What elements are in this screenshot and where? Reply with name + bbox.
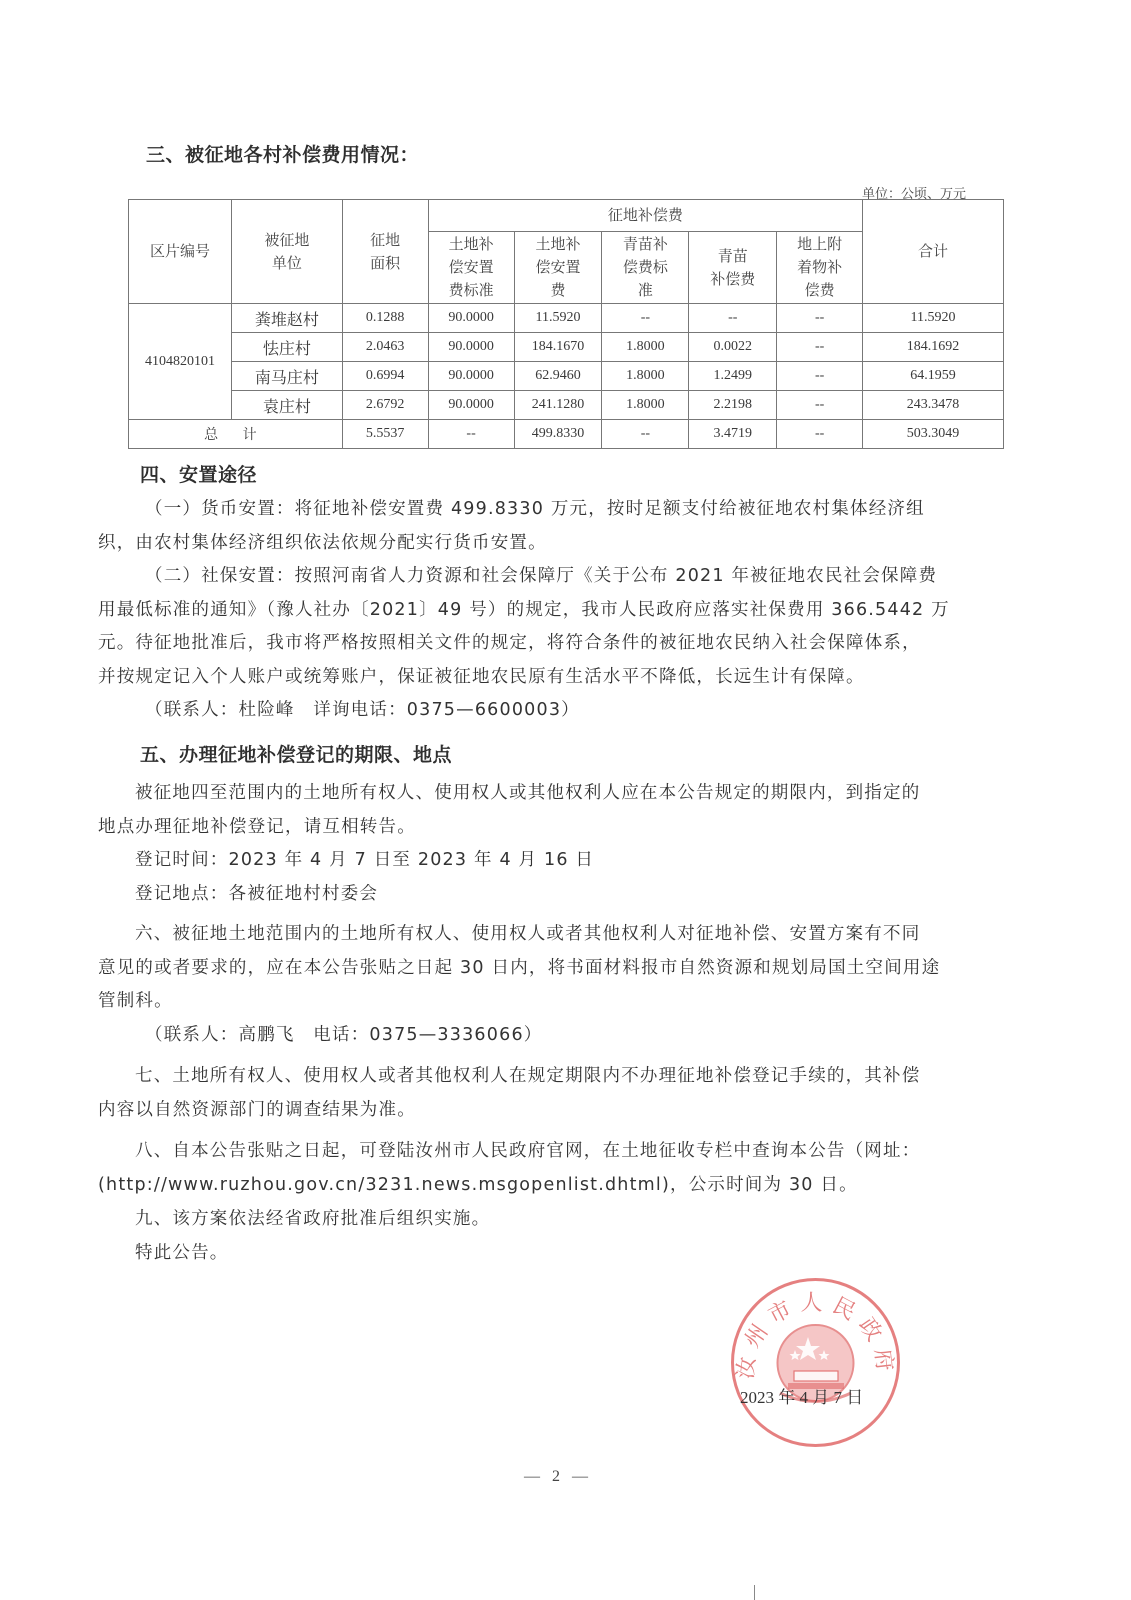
header-land-std: 土地补 偿安置 费标准: [428, 232, 514, 304]
header-crop-fee: 青苗 补偿费: [689, 232, 777, 304]
header-line: 青苗: [718, 247, 748, 265]
header-line: 地上附: [797, 235, 842, 253]
area-cell: 2.0463: [342, 333, 428, 362]
compensation-table: 区片编号 被征地 单位 征地 面积 征地补偿费 合计 土地补 偿安置 费标准 土…: [128, 199, 1004, 449]
text-line: 内容以自然资源部门的调查结果为准。: [98, 1094, 1011, 1128]
total-label: 总 计: [129, 420, 343, 449]
header-line: 偿费: [805, 281, 835, 299]
header-zone-id: 区片编号: [129, 200, 232, 304]
area-cell: 0.6994: [342, 362, 428, 391]
crop-std-cell: 1.8000: [602, 333, 689, 362]
text-line: 被征地四至范围内的土地所有权人、使用权人或其他权利人应在本公告规定的期限内，到指…: [135, 777, 1011, 811]
header-area-line: 面积: [370, 254, 400, 272]
total-cell: 243.3478: [863, 391, 1004, 420]
registration-place: 登记地点：各被征地村村委会: [135, 878, 1011, 912]
crop-std-cell: 1.8000: [602, 391, 689, 420]
area-cell: 0.1288: [342, 304, 428, 333]
land-std-cell: --: [428, 420, 514, 449]
header-area: 征地 面积: [342, 200, 428, 304]
land-fee-cell: 184.1670: [514, 333, 602, 362]
attach-fee-cell: --: [777, 304, 863, 333]
header-line: 准: [638, 281, 653, 299]
land-std-cell: 90.0000: [428, 304, 514, 333]
attach-fee-cell: --: [777, 420, 863, 449]
section-6-body: 六、被征地土地范围内的土地所有权人、使用权人或者其他权利人对征地补偿、安置方案有…: [135, 918, 1011, 1052]
text-line: 九、该方案依法经省政府批准后组织实施。: [135, 1203, 1011, 1237]
header-line: 补偿费: [710, 270, 755, 288]
section-3-heading: 三、被征地各村补偿费用情况：: [146, 140, 419, 167]
total-cell: 11.5920: [863, 304, 1004, 333]
village-cell: 袁庄村: [231, 391, 342, 420]
closing-line: 特此公告。: [135, 1237, 1011, 1271]
header-unit: 被征地 单位: [231, 200, 342, 304]
text-line: （一）货币安置：将征地补偿安置费 499.8330 万元，按时足额支付给被征地农…: [135, 493, 1011, 527]
official-seal-icon: 汝州市人民政府: [728, 1275, 903, 1450]
url-line: (http://www.ruzhou.gov.cn/3231.news.msgo…: [98, 1169, 1011, 1203]
text-line: 八、自本公告张贴之日起，可登陆汝州市人民政府官网，在土地征收专栏中查询本公告（网…: [135, 1135, 1011, 1169]
land-std-cell: 90.0000: [428, 333, 514, 362]
section-4-heading: 四、安置途径: [140, 460, 257, 487]
header-total: 合计: [863, 200, 1004, 304]
header-line: 费: [550, 281, 565, 299]
crop-fee-cell: --: [689, 304, 777, 333]
crop-std-cell: --: [602, 304, 689, 333]
header-line: 偿安置: [535, 258, 580, 276]
text-line: 七、土地所有权人、使用权人或者其他权利人在规定期限内不办理征地补偿登记手续的，其…: [135, 1060, 1011, 1094]
village-cell: 南马庄村: [231, 362, 342, 391]
header-line: 土地补: [535, 235, 580, 253]
text-line: 六、被征地土地范围内的土地所有权人、使用权人或者其他权利人对征地补偿、安置方案有…: [135, 918, 1011, 952]
section-9-body: 九、该方案依法经省政府批准后组织实施。 特此公告。: [135, 1203, 1011, 1270]
page-number: — 2 —: [524, 1468, 592, 1486]
header-compensation-group: 征地补偿费: [428, 200, 862, 232]
text-line: 意见的或者要求的，应在本公告张贴之日起 30 日内，将书面材料报市自然资源和规划…: [98, 952, 1011, 986]
header-attach-fee: 地上附 着物补 偿费: [777, 232, 863, 304]
crop-fee-cell: 1.2499: [689, 362, 777, 391]
table-row: 怯庄村 2.0463 90.0000 184.1670 1.8000 0.002…: [129, 333, 1004, 362]
land-fee-cell: 241.1280: [514, 391, 602, 420]
crop-fee-cell: 3.4719: [689, 420, 777, 449]
scan-mark: [754, 1585, 755, 1600]
section-8-body: 八、自本公告张贴之日起，可登陆汝州市人民政府官网，在土地征收专栏中查询本公告（网…: [135, 1135, 1011, 1202]
header-unit-line: 被征地: [264, 231, 309, 249]
text-line: 元。待征地批准后，我市将严格按照相关文件的规定，将符合条件的被征地农民纳入社会保…: [98, 627, 1011, 661]
section-4-body: （一）货币安置：将征地补偿安置费 499.8330 万元，按时足额支付给被征地农…: [135, 493, 1011, 728]
total-cell: 184.1692: [863, 333, 1004, 362]
header-line: 费标准: [449, 281, 494, 299]
crop-std-cell: 1.8000: [602, 362, 689, 391]
village-cell: 粪堆赵村: [231, 304, 342, 333]
attach-fee-cell: --: [777, 333, 863, 362]
document-page: 三、被征地各村补偿费用情况： 单位：公顷、万元 区片编号 被征地 单位 征地 面…: [0, 0, 1131, 1600]
header-area-line: 征地: [370, 231, 400, 249]
crop-fee-cell: 0.0022: [689, 333, 777, 362]
area-cell: 2.6792: [342, 391, 428, 420]
header-line: 偿费标: [623, 258, 668, 276]
attach-fee-cell: --: [777, 391, 863, 420]
section-5-heading: 五、办理征地补偿登记的期限、地点: [140, 740, 452, 767]
total-cell: 503.3049: [863, 420, 1004, 449]
text-line: 用最低标准的通知》（豫人社办〔2021〕49 号）的规定，我市人民政府应落实社保…: [98, 594, 1011, 628]
attach-fee-cell: --: [777, 362, 863, 391]
signature-date: 2023 年 4 月 7 日: [740, 1383, 863, 1408]
contact-line: （联系人：杜险峰 详询电话：0375—6600003）: [135, 694, 1011, 728]
text-line: 并按规定记入个人账户或统筹账户，保证被征地农民原有生活水平不降低，长远生计有保障…: [98, 661, 1011, 695]
text-line: 地点办理征地补偿登记，请互相转告。: [98, 811, 1011, 845]
village-cell: 怯庄村: [231, 333, 342, 362]
area-cell: 5.5537: [342, 420, 428, 449]
header-land-fee: 土地补 偿安置 费: [514, 232, 602, 304]
section-5-body: 被征地四至范围内的土地所有权人、使用权人或其他权利人应在本公告规定的期限内，到指…: [135, 777, 1011, 911]
crop-std-cell: --: [602, 420, 689, 449]
land-fee-cell: 499.8330: [514, 420, 602, 449]
land-fee-cell: 62.9460: [514, 362, 602, 391]
table-row: 4104820101 粪堆赵村 0.1288 90.0000 11.5920 -…: [129, 304, 1004, 333]
table-total-row: 总 计 5.5537 -- 499.8330 -- 3.4719 -- 503.…: [129, 420, 1004, 449]
land-std-cell: 90.0000: [428, 391, 514, 420]
zone-id-cell: 4104820101: [129, 304, 232, 420]
header-unit-line: 单位: [272, 254, 302, 272]
section-7-body: 七、土地所有权人、使用权人或者其他权利人在规定期限内不办理征地补偿登记手续的，其…: [135, 1060, 1011, 1127]
header-crop-std: 青苗补 偿费标 准: [602, 232, 689, 304]
header-line: 偿安置: [449, 258, 494, 276]
contact-line: （联系人：高鹏飞 电话：0375—3336066）: [135, 1019, 1011, 1053]
text-line: （二）社保安置：按照河南省人力资源和社会保障厅《关于公布 2021 年被征地农民…: [135, 560, 1011, 594]
header-line: 青苗补: [623, 235, 668, 253]
header-line: 土地补: [449, 235, 494, 253]
land-std-cell: 90.0000: [428, 362, 514, 391]
header-line: 着物补: [797, 258, 842, 276]
text-line: 织，由农村集体经济组织依法依规分配实行货币安置。: [98, 527, 1011, 561]
table-row: 南马庄村 0.6994 90.0000 62.9460 1.8000 1.249…: [129, 362, 1004, 391]
land-fee-cell: 11.5920: [514, 304, 602, 333]
registration-time: 登记时间：2023 年 4 月 7 日至 2023 年 4 月 16 日: [135, 844, 1011, 878]
total-cell: 64.1959: [863, 362, 1004, 391]
text-line: 管制科。: [98, 985, 1011, 1019]
crop-fee-cell: 2.2198: [689, 391, 777, 420]
table-row: 袁庄村 2.6792 90.0000 241.1280 1.8000 2.219…: [129, 391, 1004, 420]
